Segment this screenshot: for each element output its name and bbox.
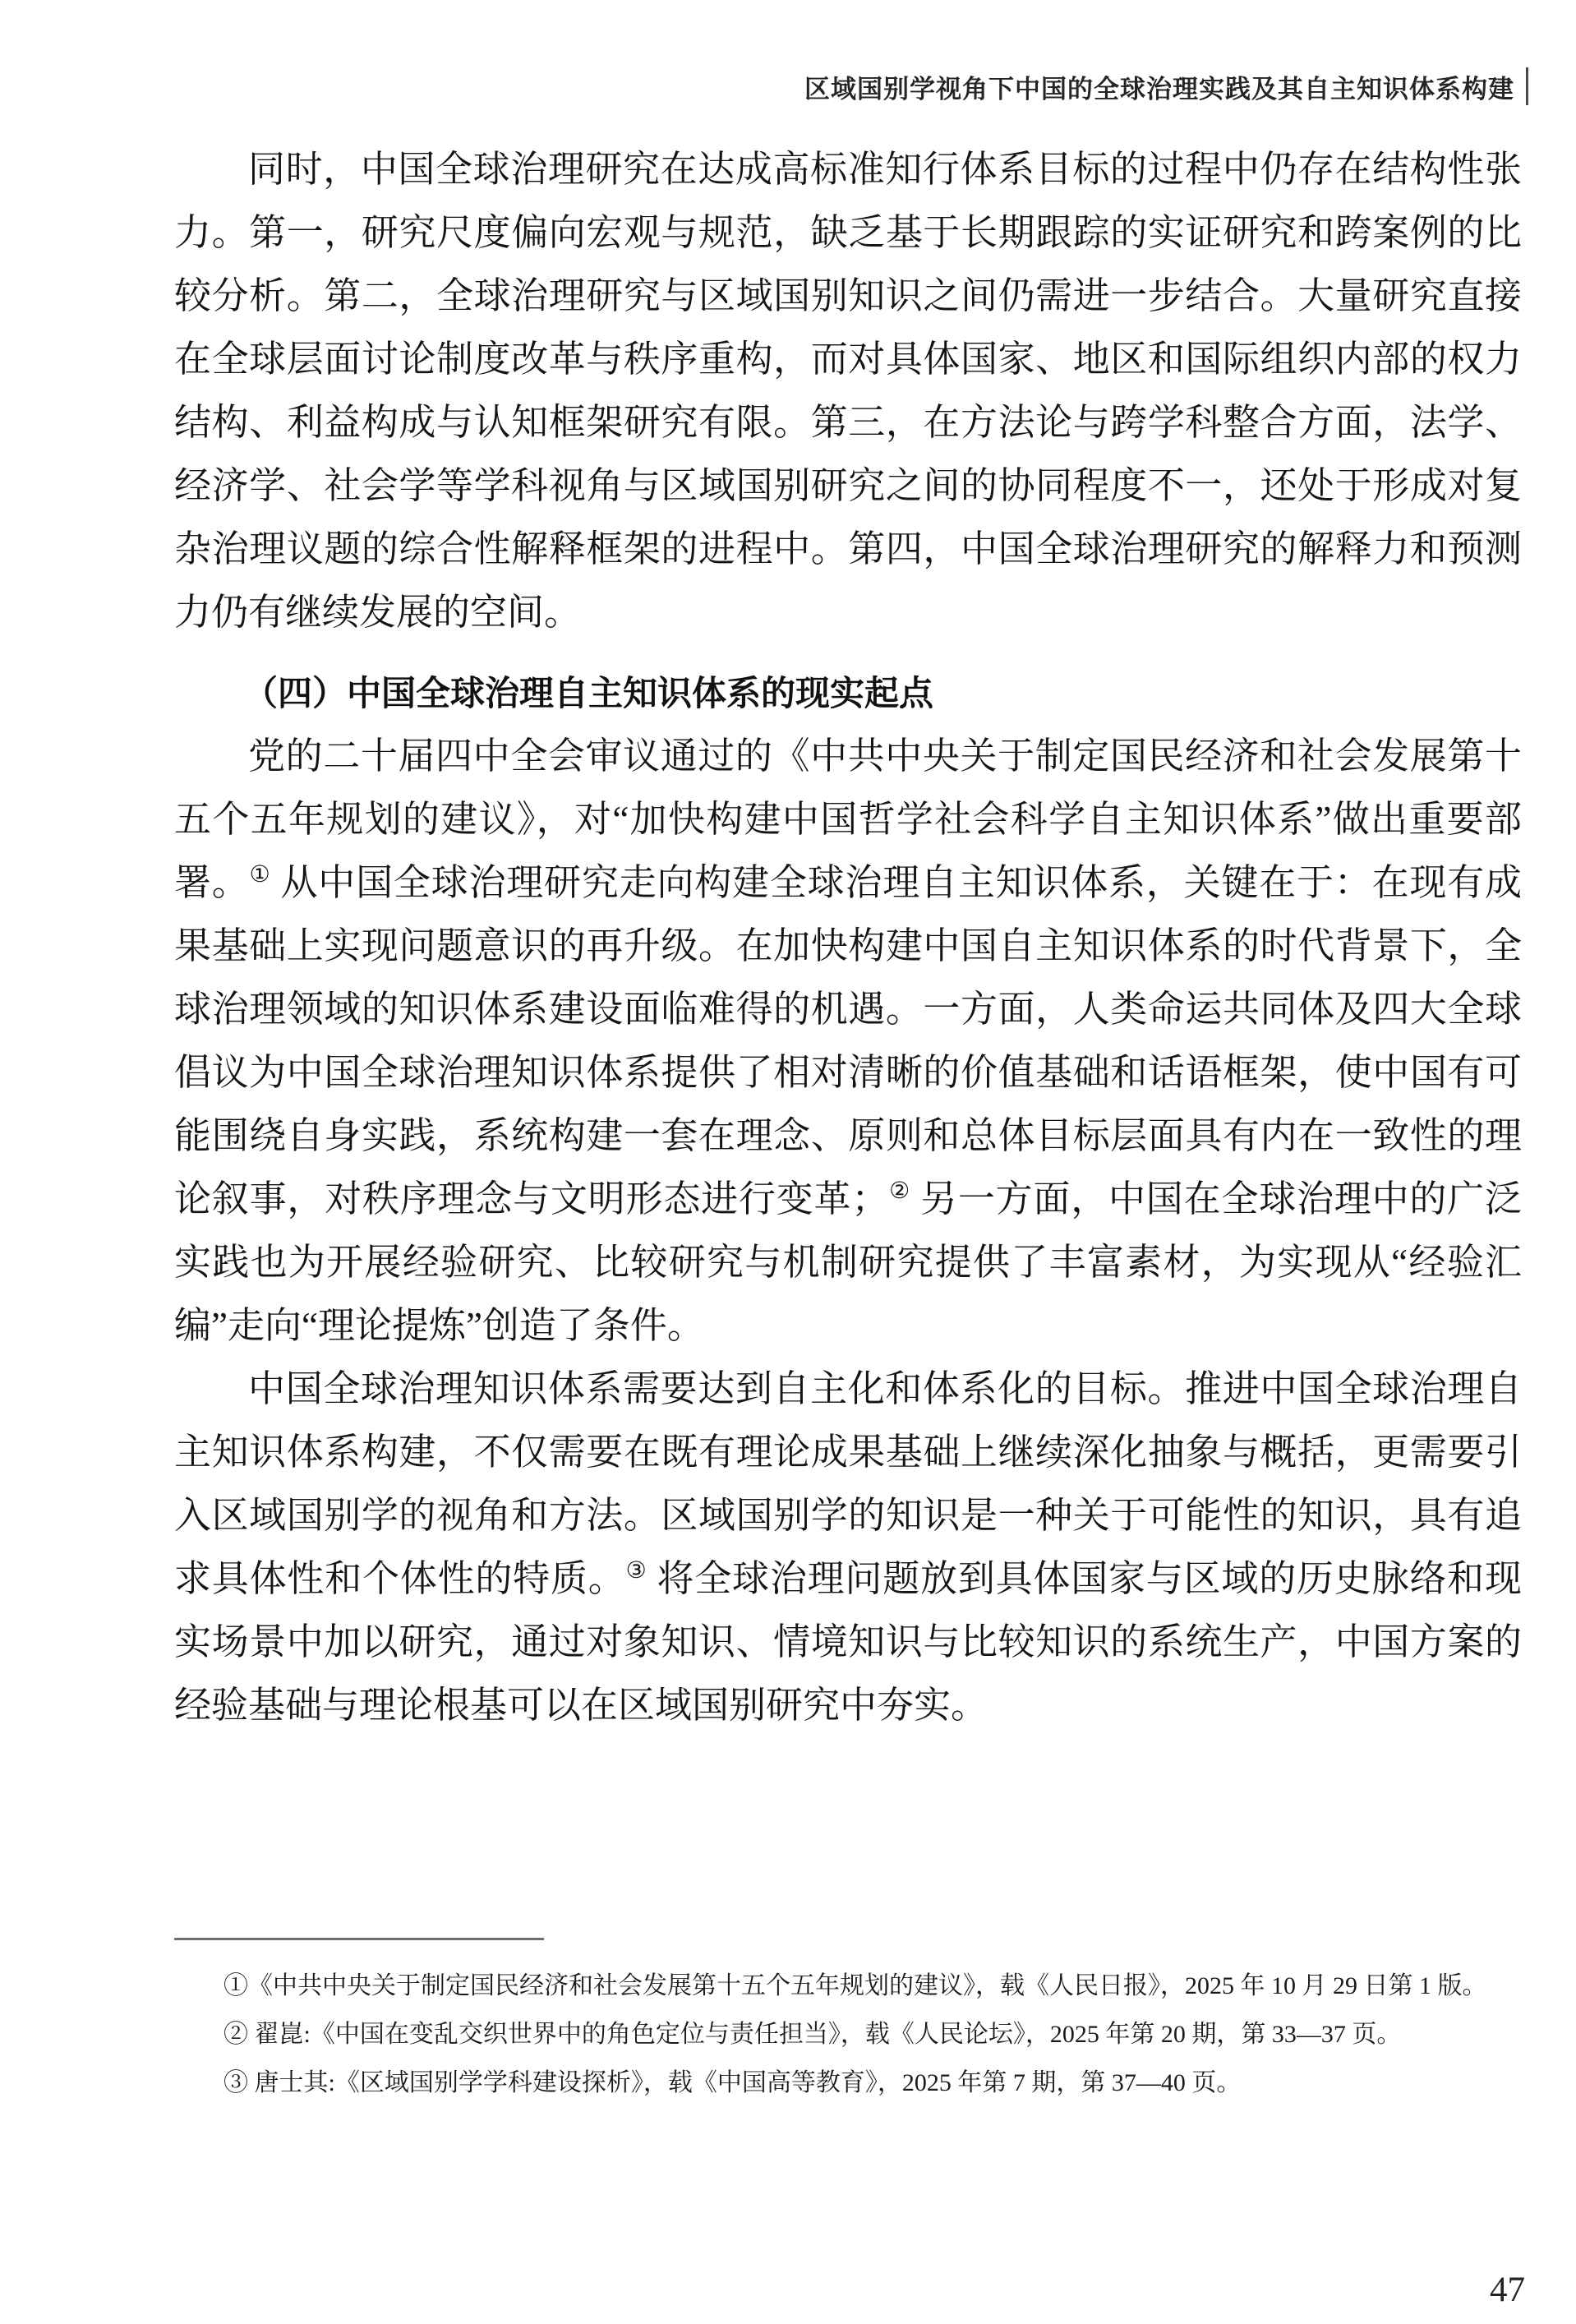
footnote-text-2: 翟崑:《中国在变乱交织世界中的角色定位与责任担当》，载《人民论坛》，2025 年… — [248, 2021, 1401, 2048]
footnote-ref-1: ① — [250, 862, 271, 888]
footnote-ref-2: ② — [888, 1178, 910, 1204]
footnote-text-3: 唐士其:《区域国别学学科建设探析》，载《中国高等教育》，2025 年第 7 期，… — [248, 2069, 1241, 2096]
footnote-ref-3: ③ — [626, 1558, 647, 1584]
footnote-separator-line — [174, 1938, 544, 1940]
running-head: 区域国别学视角下中国的全球治理实践及其自主知识体系构建 — [174, 67, 1528, 105]
section-heading-four: （四）中国全球治理自主知识体系的现实起点 — [174, 644, 1522, 725]
footnote-marker-2: ② — [223, 2021, 248, 2048]
footnote-item-1: ①《中共中央关于制定国民经济和社会发展第十五个五年规划的建议》，载《人民日报》，… — [174, 1962, 1522, 2010]
document-page: 区域国别学视角下中国的全球治理实践及其自主知识体系构建 同时，中国全球治理研究在… — [0, 0, 1576, 2324]
paragraph-structural-tensions: 同时，中国全球治理研究在达成高标准知行体系目标的过程中仍存在结构性张力。第一，研… — [174, 138, 1522, 644]
footnote-marker-3: ③ — [223, 2069, 248, 2096]
page-number: 47 — [1490, 2270, 1525, 2310]
footnotes-block: ①《中共中央关于制定国民经济和社会发展第十五个五年规划的建议》，载《人民日报》，… — [174, 1938, 1522, 2107]
footnote-item-2: ② 翟崑:《中国在变乱交织世界中的角色定位与责任担当》，载《人民论坛》，2025… — [174, 2010, 1522, 2059]
header-divider-bar — [1526, 67, 1528, 105]
main-text-block: 同时，中国全球治理研究在达成高标准知行体系目标的过程中仍存在结构性张力。第一，研… — [174, 138, 1522, 1737]
paragraph2-segment-2: 从中国全球治理研究走向构建全球治理自主知识体系，关键在于：在现有成果基础上实现问… — [174, 862, 1522, 1220]
paragraph-area-studies-perspective: 中国全球治理知识体系需要达到自主化和体系化的目标。推进中国全球治理自主知识体系构… — [174, 1358, 1522, 1737]
paragraph-knowledge-system-starting-point: 党的二十届四中全会审议通过的《中共中央关于制定国民经济和社会发展第十五个五年规划… — [174, 725, 1522, 1358]
running-head-title: 区域国别学视角下中国的全球治理实践及其自主知识体系构建 — [804, 68, 1514, 105]
footnote-marker-1: ① — [223, 1972, 248, 1999]
footnote-item-3: ③ 唐士其:《区域国别学学科建设探析》，载《中国高等教育》，2025 年第 7 … — [174, 2059, 1522, 2107]
footnote-text-1: 《中共中央关于制定国民经济和社会发展第十五个五年规划的建议》，载《人民日报》，2… — [248, 1972, 1487, 1999]
